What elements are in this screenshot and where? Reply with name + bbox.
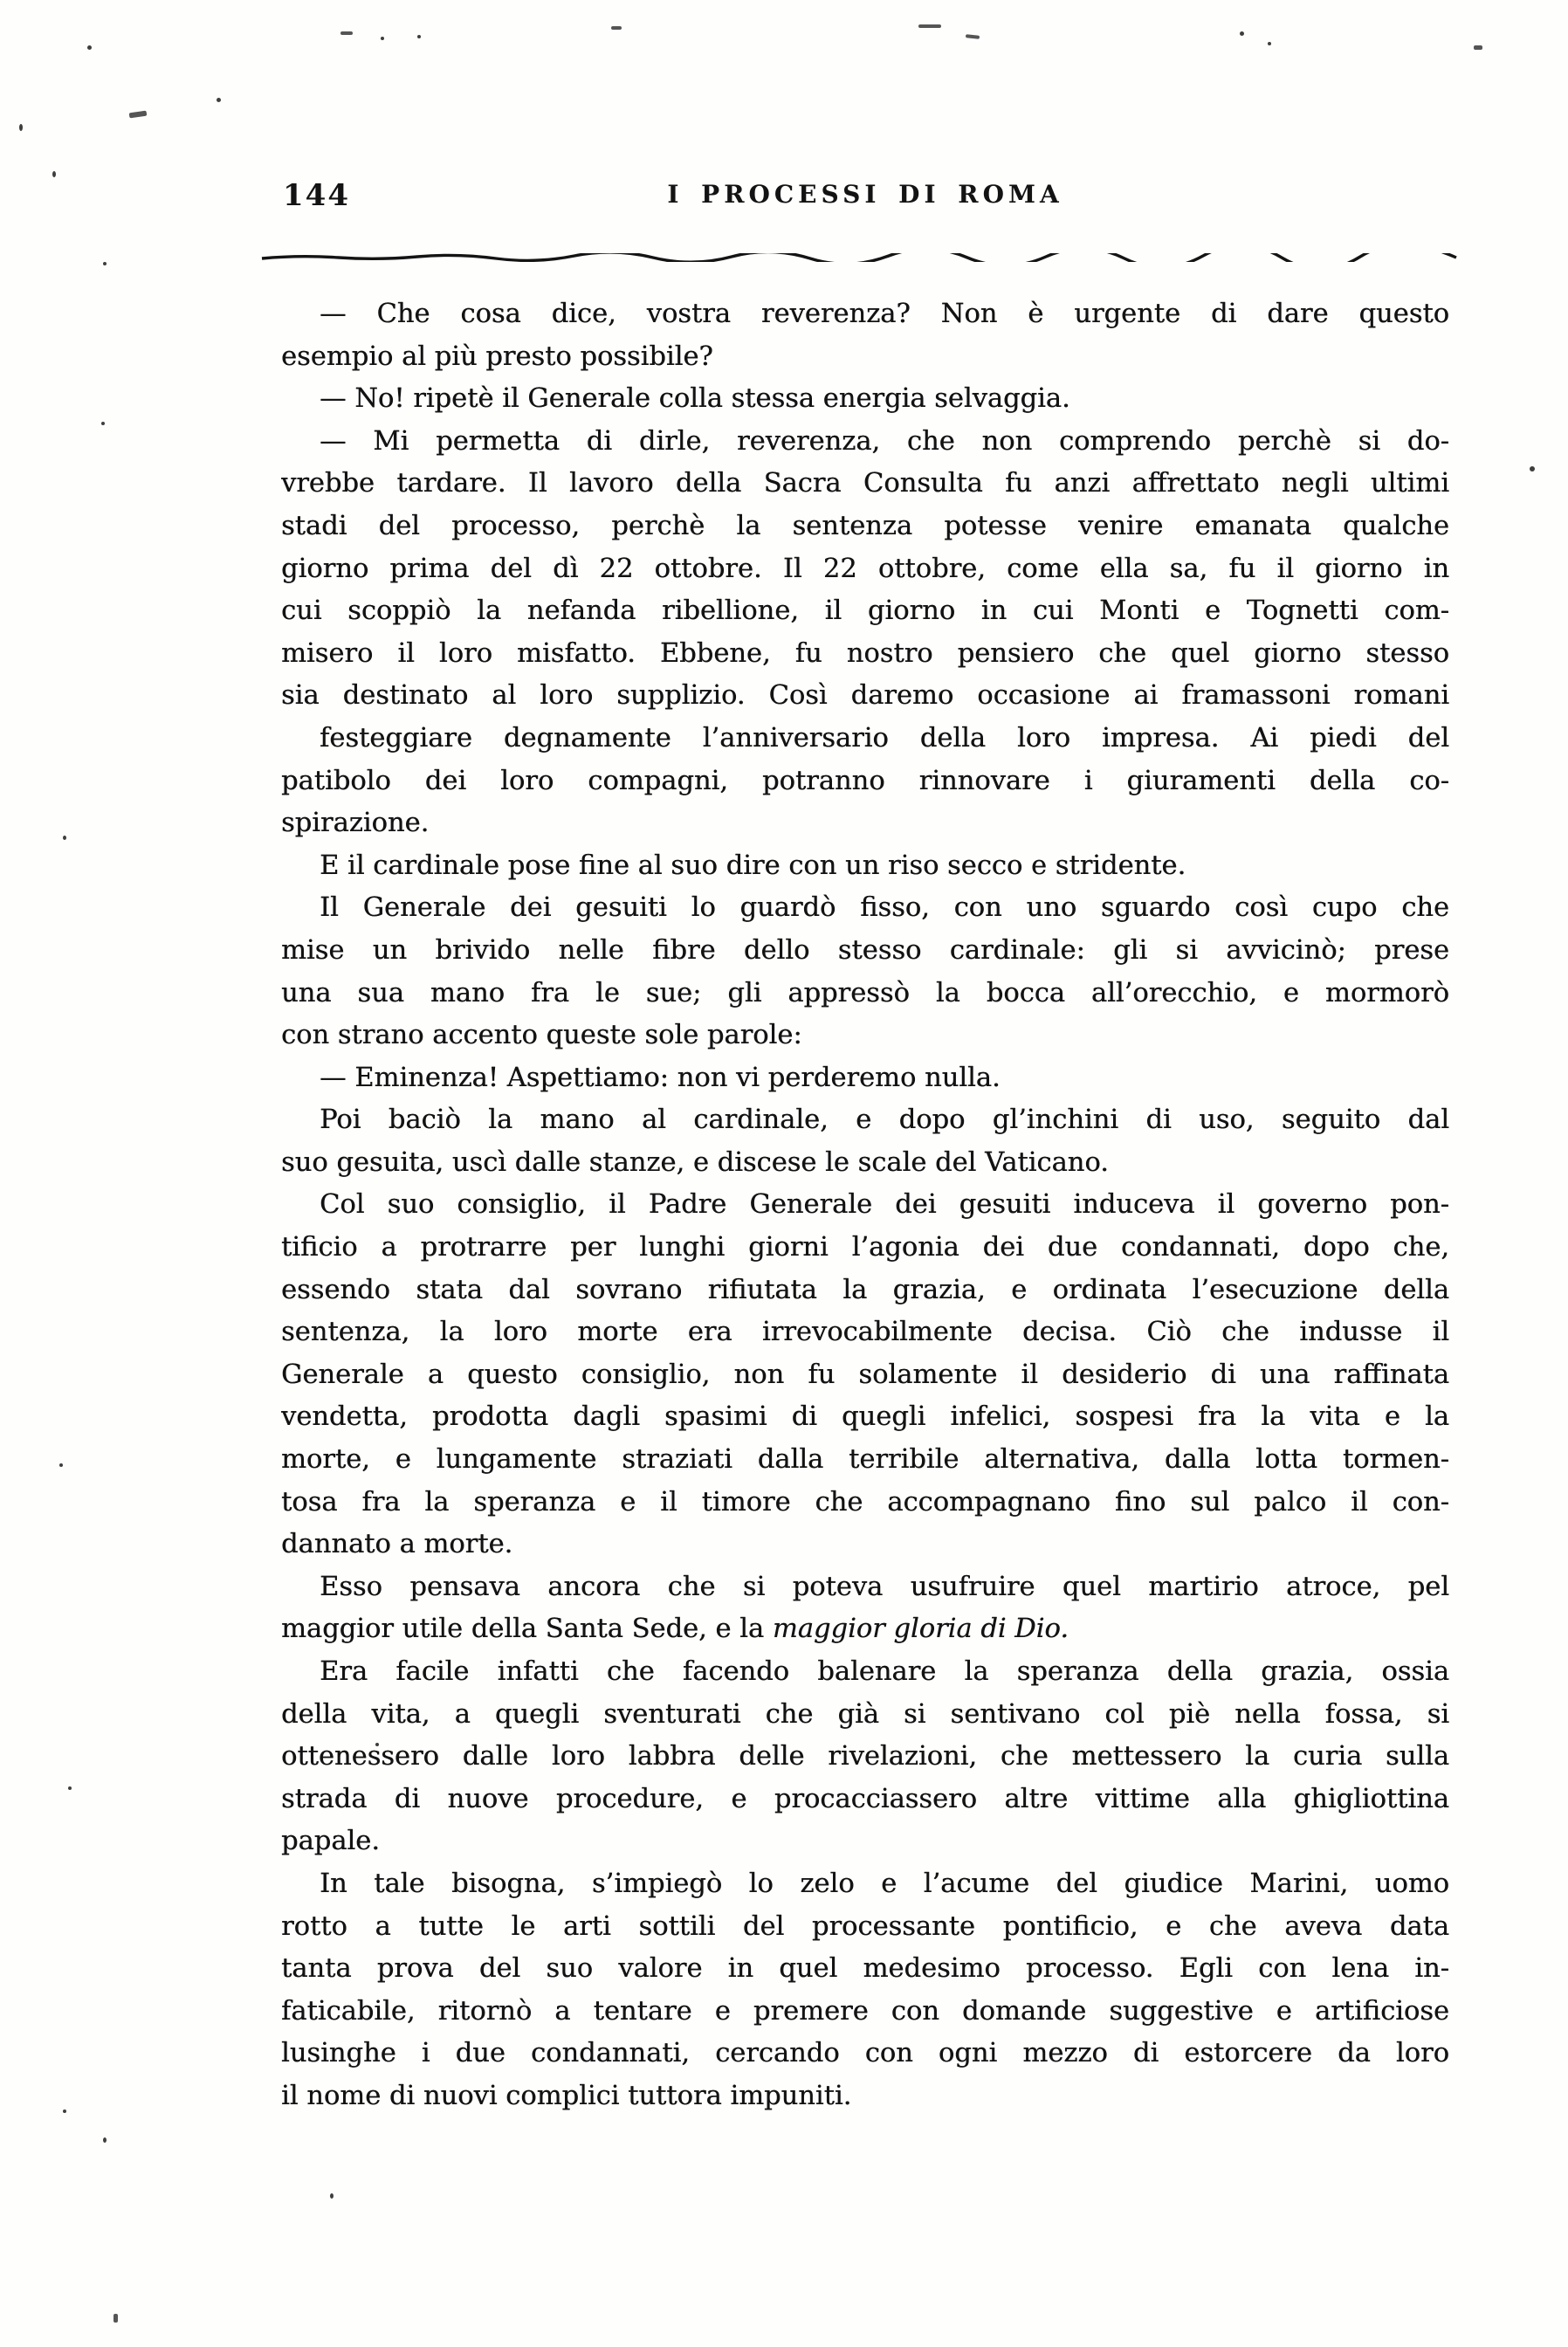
text-line: morte, e lungamente straziati dalla terr…: [281, 1439, 1449, 1482]
text-line: una sua mano fra le sue; gli appressò la…: [281, 973, 1449, 1015]
text-line: esempio al più presto possibile?: [281, 336, 1449, 379]
text-line: ottenessero dalle loro labbra delle rive…: [281, 1736, 1449, 1779]
scan-speck: [103, 2137, 107, 2143]
text-line: Col suo consiglio, il Padre Generale dei…: [281, 1184, 1449, 1227]
text-line: giorno prima del dì 22 ottobre. Il 22 ot…: [281, 548, 1449, 591]
text-line: sentenza, la loro morte era irrevocabilm…: [281, 1311, 1449, 1354]
scan-smudge: [966, 34, 980, 39]
scan-speck: [101, 422, 105, 425]
scan-smudge: [129, 111, 148, 119]
text-line: — Eminenza! Aspettiamo: non vi perderemo…: [281, 1057, 1449, 1100]
scan-smudge: [1474, 45, 1482, 50]
text-line: Generale a questo consiglio, non fu sola…: [281, 1354, 1449, 1397]
text-line: mise un brivido nelle fibre dello stesso…: [281, 930, 1449, 973]
text-line: lusinghe i due condannati, cercando con …: [281, 2033, 1449, 2075]
scan-speck: [19, 124, 23, 131]
text-line: il nome di nuovi complici tuttora impuni…: [281, 2075, 1449, 2118]
text-line: con strano accento queste sole parole:: [281, 1015, 1449, 1057]
text-line: papale.: [281, 1820, 1449, 1863]
scan-speck: [217, 98, 221, 102]
text-line: rotto a tutte le arti sottili del proces…: [281, 1906, 1449, 1949]
text-line: — No! ripetè il Generale colla stessa en…: [281, 378, 1449, 421]
text-line: Era facile infatti che facendo balenare …: [281, 1651, 1449, 1694]
text-line: vrebbe tardare. Il lavoro della Sacra Co…: [281, 463, 1449, 506]
header-rule: [260, 253, 1458, 262]
text-line: tificio a protrarre per lunghi giorni l’…: [281, 1227, 1449, 1270]
text-line: strada di nuove procedure, e procacciass…: [281, 1779, 1449, 1821]
text-line: patibolo dei loro compagni, potranno rin…: [281, 761, 1449, 803]
scan-speck: [63, 836, 66, 840]
text-line: essendo stata dal sovrano rifiutata la g…: [281, 1270, 1449, 1312]
text-line: — Mi permetta di dirle, reverenza, che n…: [281, 421, 1449, 464]
body-text: — Che cosa dice, vostra reverenza? Non è…: [281, 293, 1449, 2118]
scan-speck: [330, 2193, 334, 2199]
text-line: sia destinato al loro supplizio. Così da…: [281, 675, 1449, 718]
text-line: In tale bisogna, s’impiegò lo zelo e l’a…: [281, 1863, 1449, 1906]
scan-speck: [417, 35, 421, 38]
scan-smudge: [918, 24, 941, 28]
text-line: Poi baciò la mano al cardinale, e dopo g…: [281, 1099, 1449, 1142]
text-line: E il cardinale pose fine al suo dire con…: [281, 845, 1449, 888]
scan-speck: [381, 37, 384, 40]
scan-speck: [63, 2110, 66, 2113]
text-line: cui scoppiò la nefanda ribellione, il gi…: [281, 590, 1449, 633]
scan-speck: [87, 45, 92, 50]
text-line: dannato a morte.: [281, 1524, 1449, 1566]
text-line: faticabile, ritornò a tentare e premere …: [281, 1991, 1449, 2034]
scan-smudge: [611, 26, 622, 30]
text-line: maggior utile della Santa Sede, e la mag…: [281, 1608, 1449, 1651]
text-line: Esso pensava ancora che si poteva usufru…: [281, 1566, 1449, 1609]
text-line: tanta prova del suo valore in quel medes…: [281, 1948, 1449, 1991]
scan-speck: [68, 1786, 72, 1790]
scan-speck: [52, 171, 56, 177]
text-line: vendetta, prodotta dagli spasimi di queg…: [281, 1396, 1449, 1439]
text-line: Il Generale dei gesuiti lo guardò fisso,…: [281, 887, 1449, 930]
scan-speck: [1240, 31, 1244, 36]
page-header: 144 I PROCESSI DI ROMA: [281, 171, 1449, 232]
scan-speck: [103, 262, 107, 265]
text-line: tosa fra la speranza e il timore che acc…: [281, 1482, 1449, 1525]
scan-speck: [1268, 42, 1271, 45]
scan-smudge: [113, 2314, 118, 2323]
text-line: suo gesuita, uscì dalle stanze, e disces…: [281, 1142, 1449, 1185]
text-line: misero il loro misfatto. Ebbene, fu nost…: [281, 633, 1449, 676]
text-line: spirazione.: [281, 802, 1449, 845]
book-page-scan: 144 I PROCESSI DI ROMA — Che cosa dice, …: [0, 0, 1568, 2347]
scan-speck: [59, 1463, 63, 1467]
text-line: — Che cosa dice, vostra reverenza? Non è…: [281, 293, 1449, 336]
scan-speck: [1530, 466, 1535, 471]
scan-speck: [375, 1743, 379, 1746]
running-title: I PROCESSI DI ROMA: [281, 180, 1449, 209]
scan-smudge: [340, 31, 353, 35]
text-line: stadi del processo, perchè la sentenza p…: [281, 506, 1449, 548]
text-line: festeggiare degnamente l’anniversario de…: [281, 718, 1449, 761]
text-line: della vita, a quegli sventurati che già …: [281, 1694, 1449, 1737]
